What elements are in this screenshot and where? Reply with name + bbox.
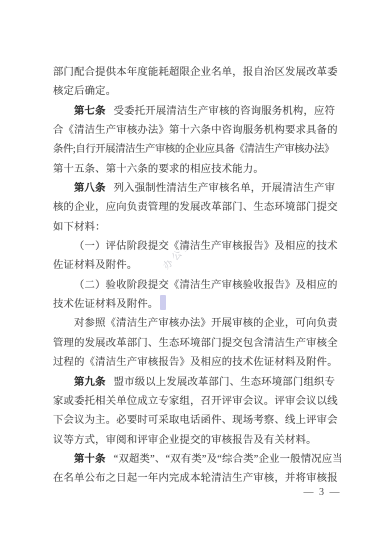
text-line: 第十五条、第十六条的要求的相应技术能力。 [53, 160, 341, 179]
line-text: 家或委托相关单位成立专家组，召开评审会议。评审会议以线 [53, 396, 338, 407]
line-text: 过程的《清洁生产审核报告》及相应的技术佐证材料及附件。 [53, 357, 338, 368]
article-number: 第十条 [74, 454, 106, 465]
line-text: 议等方式，审阅和评审企业提交的审核报告及有关材料。 [53, 435, 317, 446]
line-text: “双超类”、“双有类”及“综合类”企业一般情况应当 [114, 454, 341, 465]
article-paragraph-line: 第八条列入强制性清洁生产审核名单，开展清洁生产审 [53, 179, 341, 198]
article-paragraph-line: 第九条盟市级以上发展改革部门、生态环境部门组织专 [53, 373, 341, 392]
line-text: 列入强制性清洁生产审核名单，开展清洁生产审 [114, 183, 335, 194]
text-line: 条件;自行开展清洁生产审核的企业应具备《清洁生产审核办法》 [53, 140, 341, 159]
text-line: 合《清洁生产审核办法》第十六条中咨询服务机构要求具备的 [53, 121, 341, 140]
text-line: 佐证材料及附件。 [53, 256, 341, 275]
line-text: 第十五条、第十六条的要求的相应技术能力。 [53, 164, 264, 175]
text-line: 核的企业，应向负责管理的发展改革部门、生态环境部门提交 [53, 198, 341, 217]
line-text: 核定后确定。 [53, 86, 116, 97]
line-text: （二）验收阶段提交《清洁生产审核验收报告》及相应的 [74, 280, 338, 291]
line-text: 在名单公布之日起一年内完成本轮清洁生产审核，并将审核报 [53, 473, 338, 484]
text-line: 对参照《清洁生产审核办法》开展审核的企业，可向负责 [53, 314, 341, 333]
text-line: 如下材料： [53, 218, 341, 237]
article-paragraph-line: 第七条受委托开展清洁生产审核的咨询服务机构，应符 [53, 102, 341, 121]
text-line: 核定后确定。 [53, 82, 341, 101]
page-number: — 3 — [304, 487, 342, 498]
line-text: 管理的发展改革部门、生态环境部门提交包含清洁生产审核全 [53, 338, 338, 349]
line-text: 如下材料： [53, 222, 106, 233]
line-text: 佐证材料及附件。 [53, 260, 137, 271]
document-page: 办公室 部门配合提供本年度能耗超限企业名单，报自治区发展改革委核定后确定。第七条… [0, 0, 390, 551]
article-paragraph-line: 第十条“双超类”、“双有类”及“综合类”企业一般情况应当 [53, 450, 341, 469]
line-text: 受委托开展清洁生产审核的咨询服务机构，应符 [114, 106, 335, 117]
line-text: 部门配合提供本年度能耗超限企业名单，报自治区发展改革委 [53, 67, 338, 78]
text-block: 部门配合提供本年度能耗超限企业名单，报自治区发展改革委核定后确定。第七条受委托开… [53, 63, 341, 489]
line-text: 合《清洁生产审核办法》第十六条中咨询服务机构要求具备的 [53, 125, 338, 136]
line-text: 技术佐证材料及附件。 [53, 299, 158, 310]
text-cursor [160, 295, 166, 310]
line-text: （一）评估阶段提交《清洁生产审核报告》及相应的技术 [74, 241, 338, 252]
line-text: 下会议为主。必要时可采取电话函件、现场考察、线上评审会 [53, 415, 338, 426]
text-line: 下会议为主。必要时可采取电话函件、现场考察、线上评审会 [53, 411, 341, 430]
text-line: 家或委托相关单位成立专家组，召开评审会议。评审会议以线 [53, 392, 341, 411]
line-text: 对参照《清洁生产审核办法》开展审核的企业，可向负责 [74, 318, 338, 329]
text-line: （二）验收阶段提交《清洁生产审核验收报告》及相应的 [53, 276, 341, 295]
line-text: 条件;自行开展清洁生产审核的企业应具备《清洁生产审核办法》 [53, 144, 334, 155]
text-line: 部门配合提供本年度能耗超限企业名单，报自治区发展改革委 [53, 63, 341, 82]
text-line: 管理的发展改革部门、生态环境部门提交包含清洁生产审核全 [53, 334, 341, 353]
text-line: （一）评估阶段提交《清洁生产审核报告》及相应的技术 [53, 237, 341, 256]
text-line: 过程的《清洁生产审核报告》及相应的技术佐证材料及附件。 [53, 353, 341, 372]
text-line: 议等方式，审阅和评审企业提交的审核报告及有关材料。 [53, 431, 341, 450]
text-line: 技术佐证材料及附件。 [53, 295, 341, 314]
article-number: 第八条 [74, 183, 106, 194]
line-text: 盟市级以上发展改革部门、生态环境部门组织专 [114, 377, 335, 388]
text-line: 在名单公布之日起一年内完成本轮清洁生产审核，并将审核报 [53, 469, 341, 488]
line-text: 核的企业，应向负责管理的发展改革部门、生态环境部门提交 [53, 202, 338, 213]
article-number: 第九条 [74, 377, 106, 388]
article-number: 第七条 [74, 106, 106, 117]
